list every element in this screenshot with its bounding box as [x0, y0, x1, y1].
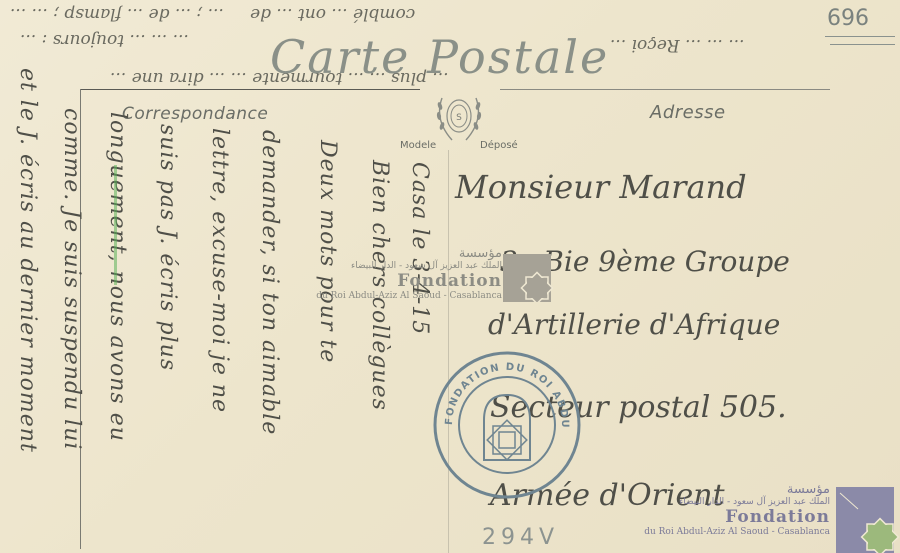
upside-down-handwriting-line-3: ... ... ... toujours : ... [20, 30, 189, 50]
foundation-logo-icon [834, 487, 900, 553]
svg-text:S: S [456, 113, 462, 123]
correspondence-line-6: suis pas J. écris plus [155, 124, 180, 371]
archive-number: 294V [482, 525, 559, 550]
green-ink-mark [114, 165, 117, 285]
watermark-name: Fondation [312, 271, 502, 291]
svg-text:FONDATION DU ROI ABDUL-AZIZ AL: FONDATION DU ROI ABDUL-AZIZ AL SAOUD [432, 350, 570, 429]
watermark-arabic-subtitle: الملك عبد العزيز آل سعود - الدار البيضاء [640, 497, 830, 507]
correspondence-line-9: et le J. écris au dernier moment [15, 68, 40, 453]
frame-top-line-right [500, 89, 830, 90]
foundation-watermark-center: مؤسسة الملك عبد العزيز آل سعود - الدار ا… [312, 246, 502, 301]
address-recipient: Monsieur Marand [455, 168, 747, 206]
watermark-subtitle: du Roi Abdul-Aziz Al Saoud - Casablanca [640, 527, 830, 537]
upside-down-handwriting-line-1: comblé ... ont ... de [250, 4, 415, 24]
octagram-icon [487, 420, 527, 460]
reference-underline [830, 44, 895, 45]
upside-down-handwriting-line-2: ... ; ... de ... flamsp ; ... ... [10, 4, 224, 24]
correspondence-line-8: comme. Je suis suspendu lui [59, 108, 84, 450]
model-label: Modele [400, 140, 436, 151]
reference-underline [825, 36, 895, 37]
watermark-arabic-title: مؤسسة [640, 482, 830, 497]
card-title: Carte Postale [270, 30, 609, 84]
postcard-back: comblé ... ont ... de ... ; ... de ... f… [0, 0, 900, 553]
frame-top-line-left [80, 89, 420, 90]
watermark-arabic-subtitle: الملك عبد العزيز آل سعود - الدار البيضاء [312, 261, 502, 271]
foundation-watermark-corner: مؤسسة الملك عبد العزيز آل سعود - الدار ا… [640, 482, 830, 537]
correspondence-line-7: longuement, nous avons eu [105, 112, 130, 442]
correspondence-label: Correspondance [122, 104, 268, 124]
deposited-label: Déposé [480, 140, 518, 151]
watermark-arabic-title: مؤسسة [312, 246, 502, 261]
foundation-stamp: FONDATION DU ROI ABDUL-AZIZ AL SAOUD [432, 350, 582, 500]
correspondence-line-5: lettre, excuse-moi je ne [207, 128, 232, 413]
watermark-subtitle: du Roi Abdul-Aziz Al Saoud - Casablanca [312, 291, 502, 301]
address-label: Adresse [650, 102, 726, 123]
foundation-logo-icon [503, 254, 553, 302]
address-regiment: d'Artillerie d'Afrique [488, 308, 780, 341]
correspondence-line-4: demander, si ton aimable [257, 130, 282, 435]
reference-number: 696 [827, 6, 869, 31]
upside-down-handwriting-line-4: ... ... ... Reçoi ... [610, 35, 745, 55]
arch-icon [484, 395, 530, 460]
watermark-name: Fondation [640, 507, 830, 527]
